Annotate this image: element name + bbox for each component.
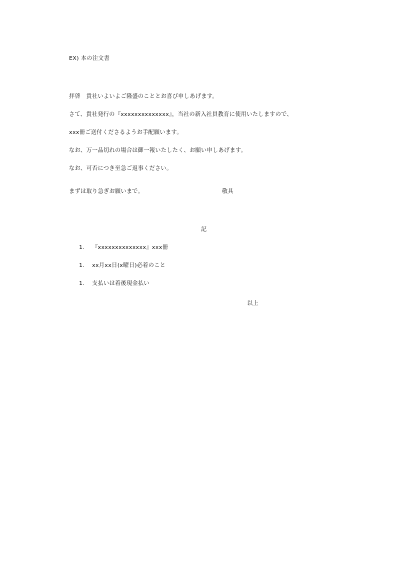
body-line-out-of-stock: なお、万一品切れの場合は御一報いたしたく、お願い申しあげます。 bbox=[69, 148, 247, 155]
list-item-text: xx月xx日(x曜日)必着のこと bbox=[92, 263, 166, 269]
list-item: 1．『xxxxxxxxxxxxxx』xxx冊 bbox=[79, 245, 168, 252]
body-line-reply-request: なお、可否につき至急ご返事ください。 bbox=[69, 166, 172, 173]
list-item-text: 『xxxxxxxxxxxxxx』xxx冊 bbox=[92, 245, 168, 251]
ki-heading: 記 bbox=[201, 227, 207, 234]
end-mark: 以上 bbox=[247, 301, 259, 308]
list-item-number: 1． bbox=[79, 281, 92, 288]
body-line-quantity: xxx冊ご送付くださるようお手配願います。 bbox=[69, 130, 182, 137]
body-line-greeting: 拝啓 貴社いよいよご隆盛のこととお喜び申しあげます。 bbox=[69, 94, 218, 101]
closing-keigu: 敬具 bbox=[222, 189, 234, 196]
list-item-number: 1． bbox=[79, 245, 92, 252]
body-line-closing-phrase: まずは取り急ぎお願いまで。 bbox=[69, 189, 144, 196]
document-title: EX) 本の注文書 bbox=[69, 56, 110, 63]
list-item: 1．xx月xx日(x曜日)必着のこと bbox=[79, 263, 166, 270]
list-item-number: 1． bbox=[79, 263, 92, 270]
body-line-order-purpose: さて、貴社発行の『xxxxxxxxxxxxxx』，当社の新入社員教育に使用いたし… bbox=[69, 112, 292, 119]
list-item-text: 支払いは着後現金払い bbox=[92, 281, 149, 287]
list-item: 1．支払いは着後現金払い bbox=[79, 281, 149, 288]
